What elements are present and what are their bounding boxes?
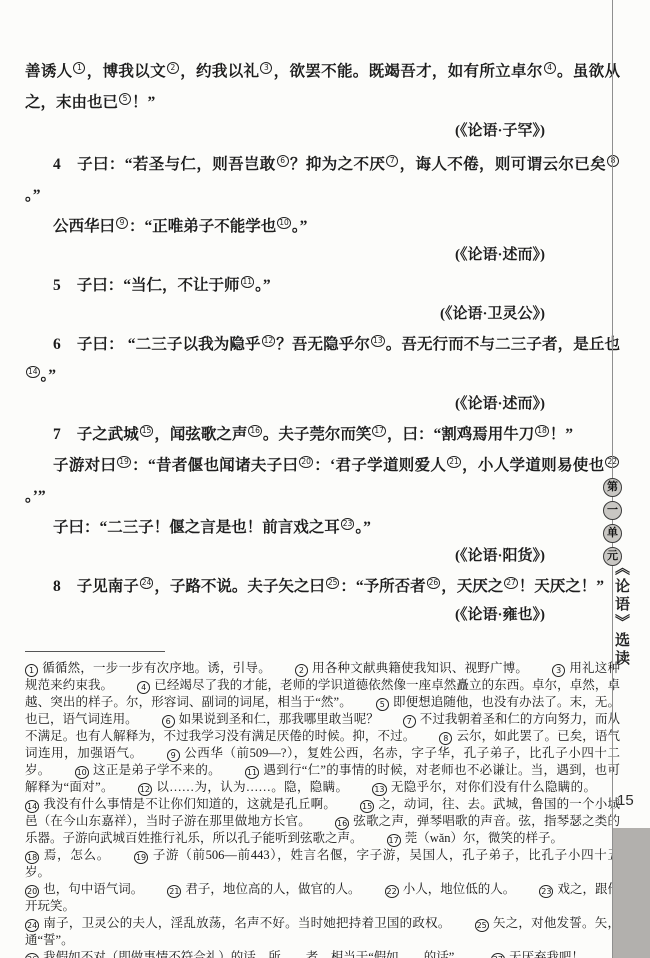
page-number: 15 — [617, 792, 634, 809]
footnote-ref-27: 27 — [504, 577, 518, 589]
footnote-marker: 13 — [372, 783, 386, 796]
footnote-ref-17: 17 — [372, 425, 386, 437]
footnote-6: 6如果说到圣和仁，那我哪里敢当呢？ — [162, 712, 403, 726]
footnote-marker: 21 — [167, 885, 181, 898]
footnote-marker: 22 — [385, 885, 399, 898]
footnote-ref-16: 16 — [248, 425, 262, 437]
passage-number: 7 — [53, 426, 61, 443]
passage-source: (《论语·卫灵公》) — [25, 303, 620, 325]
passage-number: 4 — [53, 156, 61, 173]
footnote-marker: 8 — [439, 732, 452, 745]
book-title: 《论语》选读 — [611, 560, 632, 668]
footnote-marker: 9 — [167, 749, 180, 762]
footnote-marker: 26 — [25, 953, 39, 958]
footnote-marker: 20 — [25, 885, 39, 898]
footnote-ref-19: 19 — [117, 456, 131, 468]
footnote-ref-5: 5 — [119, 93, 131, 105]
textbook-page: 善诱人1，博我以文2，约我以礼3，欲罢不能。既竭吾才，如有所立卓尔4。虽欲从之，… — [0, 0, 650, 958]
footnote-ref-12: 12 — [262, 335, 276, 347]
footnote-22: 22小人，地位低的人。 — [385, 882, 540, 896]
passage-number: 8 — [53, 578, 61, 595]
continuation-block: 善诱人1，博我以文2，约我以礼3，欲罢不能。既竭吾才，如有所立卓尔4。虽欲从之，… — [25, 56, 620, 142]
footnote-marker: 11 — [245, 766, 259, 779]
footnote-10: 10这正是弟子学不来的。 — [75, 763, 245, 777]
passage-source: (《论语·述而》) — [25, 244, 620, 266]
footnote-marker: 2 — [295, 664, 308, 677]
margin-strip — [613, 828, 650, 958]
passage-source: (《论语·述而》) — [25, 393, 620, 415]
footnote-ref-3: 3 — [260, 62, 272, 74]
passage-6: 6子曰： “二三子以我为隐乎12？吾无隐乎尔13。吾无行而不与二三子者，是丘也1… — [25, 329, 620, 415]
unit-badge-2: 一 — [603, 501, 622, 520]
passage-4: 4子曰：“若圣与仁，则吾岂敢6？抑为之不厌7，诲人不倦，则可谓云尔已矣8。”公西… — [25, 149, 620, 266]
footnote-marker: 19 — [134, 851, 148, 864]
passage-7-utterance-2: 子游对曰19：“昔者偃也闻诸夫子曰20：‘君子学道则爱人21，小人学道则易使也2… — [25, 450, 620, 512]
footnote-marker: 6 — [162, 715, 175, 728]
footnote-ref-25: 25 — [326, 577, 340, 589]
footnote-26: 26我假如不对（即做事情不符合礼）的话。所……者，相当于“假如……的话”。 — [25, 950, 491, 958]
footnote-marker: 10 — [75, 766, 89, 779]
footnote-marker: 1 — [25, 664, 38, 677]
footnote-marker: 12 — [138, 783, 152, 796]
footnote-ref-6: 6 — [277, 155, 289, 167]
footnote-ref-20: 20 — [299, 456, 313, 468]
footnote-27: 27天厌弃我吧！ — [491, 950, 608, 958]
footnote-14: 14我没有什么事情是不让你们知道的，这就是孔丘啊。 — [25, 797, 360, 811]
footnote-ref-26: 26 — [427, 577, 441, 589]
passage-7-utterance-1: 7子之武城15，闻弦歌之声16。夫子莞尔而笑17，曰：“割鸡焉用牛刀18！” — [25, 419, 620, 450]
footnote-ref-21: 21 — [447, 456, 461, 468]
passage-number: 5 — [53, 277, 61, 294]
footnote-ref-24: 24 — [140, 577, 154, 589]
passages: 4子曰：“若圣与仁，则吾岂敢6？抑为之不厌7，诲人不倦，则可谓云尔已矣8。”公西… — [25, 149, 620, 630]
footnote-marker: 7 — [403, 715, 416, 728]
passage-source: (《论语·雍也》) — [25, 604, 620, 626]
footnotes: 1循循然，一步一步有次序地。诱，引导。2用各种文献典籍使我知识、视野广博。3用礼… — [25, 660, 620, 958]
footnote-ref-4: 4 — [544, 62, 556, 74]
footnote-1: 1循循然，一步一步有次序地。诱，引导。 — [25, 661, 295, 675]
footnote-marker: 27 — [491, 953, 505, 958]
footnote-ref-9: 9 — [116, 217, 128, 229]
footnote-marker: 24 — [25, 919, 39, 932]
footnote-ref-11: 11 — [241, 276, 255, 288]
footnote-marker: 3 — [552, 664, 565, 677]
footnote-ref-10: 10 — [277, 217, 291, 229]
footnote-ref-1: 1 — [73, 62, 85, 74]
footnote-separator — [25, 651, 165, 652]
footnote-marker: 23 — [539, 885, 553, 898]
footnote-ref-15: 15 — [140, 425, 154, 437]
footnote-marker: 5 — [376, 698, 389, 711]
footnote-24: 24南子，卫灵公的夫人，淫乱放荡，名声不好。当时她把持着卫国的政权。 — [25, 916, 475, 930]
footnote-marker: 4 — [137, 681, 150, 694]
footnote-13: 13无隐乎尔，对你们没有什么隐瞒的。 — [372, 780, 620, 794]
footnote-marker: 17 — [387, 834, 401, 847]
continuation-text: 善诱人1，博我以文2，约我以礼3，欲罢不能。既竭吾才，如有所立卓尔4。虽欲从之，… — [25, 56, 620, 118]
footnote-12: 12以……为，认为……。隐，隐瞒。 — [138, 780, 372, 794]
footnote-marker: 16 — [335, 817, 349, 830]
passage-7: 7子之武城15，闻弦歌之声16。夫子莞尔而笑17，曰：“割鸡焉用牛刀18！”子游… — [25, 419, 620, 567]
footnote-2: 2用各种文献典籍使我知识、视野广博。 — [295, 661, 552, 675]
passage-7-utterance-3: 子曰：“二三子！偃之言是也！前言戏之耳23。” — [25, 512, 620, 543]
footnote-ref-14: 14 — [26, 366, 40, 378]
passage-4-utterance-2: 公西华曰9：“正唯弟子不能学也10。” — [25, 211, 620, 242]
unit-badge-1: 第 — [603, 478, 622, 497]
passage-source: (《论语·子罕》) — [25, 120, 620, 142]
footnote-ref-13: 13 — [371, 335, 385, 347]
passage-6-utterance-1: 6子曰： “二三子以我为隐乎12？吾无隐乎尔13。吾无行而不与二三子者，是丘也1… — [25, 329, 620, 391]
passage-4-utterance-1: 4子曰：“若圣与仁，则吾岂敢6？抑为之不厌7，诲人不倦，则可谓云尔已矣8。” — [25, 149, 620, 211]
footnote-21: 21君子，地位高的人，做官的人。 — [167, 882, 384, 896]
footnote-18: 18焉，怎么。 — [25, 848, 134, 862]
passage-number: 6 — [53, 336, 61, 353]
passage-8: 8子见南子24，子路不说。夫子矢之曰25：“予所否者26，天厌之27！天厌之！”… — [25, 571, 620, 626]
footnote-marker: 14 — [25, 800, 39, 813]
passage-8-utterance-1: 8子见南子24，子路不说。夫子矢之曰25：“予所否者26，天厌之27！天厌之！” — [25, 571, 620, 602]
footnote-ref-23: 23 — [341, 518, 355, 530]
footnote-ref-7: 7 — [386, 155, 398, 167]
footnote-marker: 18 — [25, 851, 39, 864]
passage-5: 5子曰：“当仁，不让于师11。”(《论语·卫灵公》) — [25, 270, 620, 325]
unit-badge-3: 单 — [603, 524, 622, 543]
passage-5-utterance-1: 5子曰：“当仁，不让于师11。” — [25, 270, 620, 301]
passage-source: (《论语·阳货》) — [25, 545, 620, 567]
footnote-marker: 15 — [360, 800, 374, 813]
footnote-17: 17莞（wǎn）尔，微笑的样子。 — [387, 831, 588, 845]
footnote-ref-18: 18 — [535, 425, 549, 437]
footnote-ref-2: 2 — [167, 62, 179, 74]
footnote-marker: 25 — [475, 919, 489, 932]
footnote-20: 20也，句中语气词。 — [25, 882, 167, 896]
